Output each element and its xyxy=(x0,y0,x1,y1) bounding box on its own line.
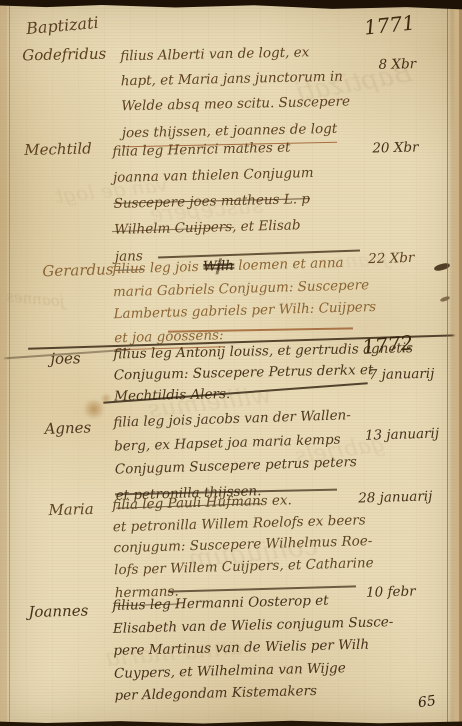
child-name: Gerardus xyxy=(42,260,114,280)
entry-line: Welde absq meo scitu. Suscepere xyxy=(121,90,350,120)
page-number: 65 xyxy=(417,693,437,711)
entry-date: 20 Xbr xyxy=(372,139,419,156)
entry-date: 7 januarij xyxy=(369,366,435,383)
binding-edge-top xyxy=(0,0,462,13)
child-name: Joannes xyxy=(28,601,88,620)
register-heading: Baptizati xyxy=(25,13,99,38)
entry-text: filia leg Henrici mathes et joanna van t… xyxy=(112,134,316,271)
baptism-entry: Godefridus filius Alberti van de logt, e… xyxy=(0,37,462,47)
entry-text: filius leg Hermanni Oosterop et Elisabet… xyxy=(112,588,395,707)
year-mark-1772: 1772 xyxy=(361,330,414,359)
manuscript-page: Baptizati van de logt joannes suscepere … xyxy=(0,0,462,726)
entry-date: 28 januarij xyxy=(358,488,433,506)
entry-date: 10 febr xyxy=(366,583,416,600)
binding-edge-bottom xyxy=(0,717,462,726)
ink-bleedthrough: joannes xyxy=(5,287,65,310)
child-name: Agnes xyxy=(44,418,91,437)
entry-text: filius Alberti van de logt, ex hapt, et … xyxy=(120,40,351,148)
year-mark-1771: 1771 xyxy=(363,10,416,39)
crossed-out-word: Wilh xyxy=(203,258,234,275)
entry-date: 8 Xbr xyxy=(378,56,416,73)
entry-line-part: loemen et anna xyxy=(238,255,344,274)
entry-date: 13 januarij xyxy=(365,425,440,443)
child-name: Godefridus xyxy=(22,45,106,65)
entry-text: filius leg jois Wilh loemen et anna mari… xyxy=(112,251,377,350)
entry-line-part: filius leg jois xyxy=(112,259,199,277)
child-name: Maria xyxy=(48,500,94,519)
page-gutter-edge xyxy=(0,0,7,726)
page-edge-line xyxy=(447,0,448,726)
child-name: Mechtild xyxy=(24,139,92,159)
entry-date: 22 Xbr xyxy=(368,250,415,267)
page-crease xyxy=(9,0,10,726)
